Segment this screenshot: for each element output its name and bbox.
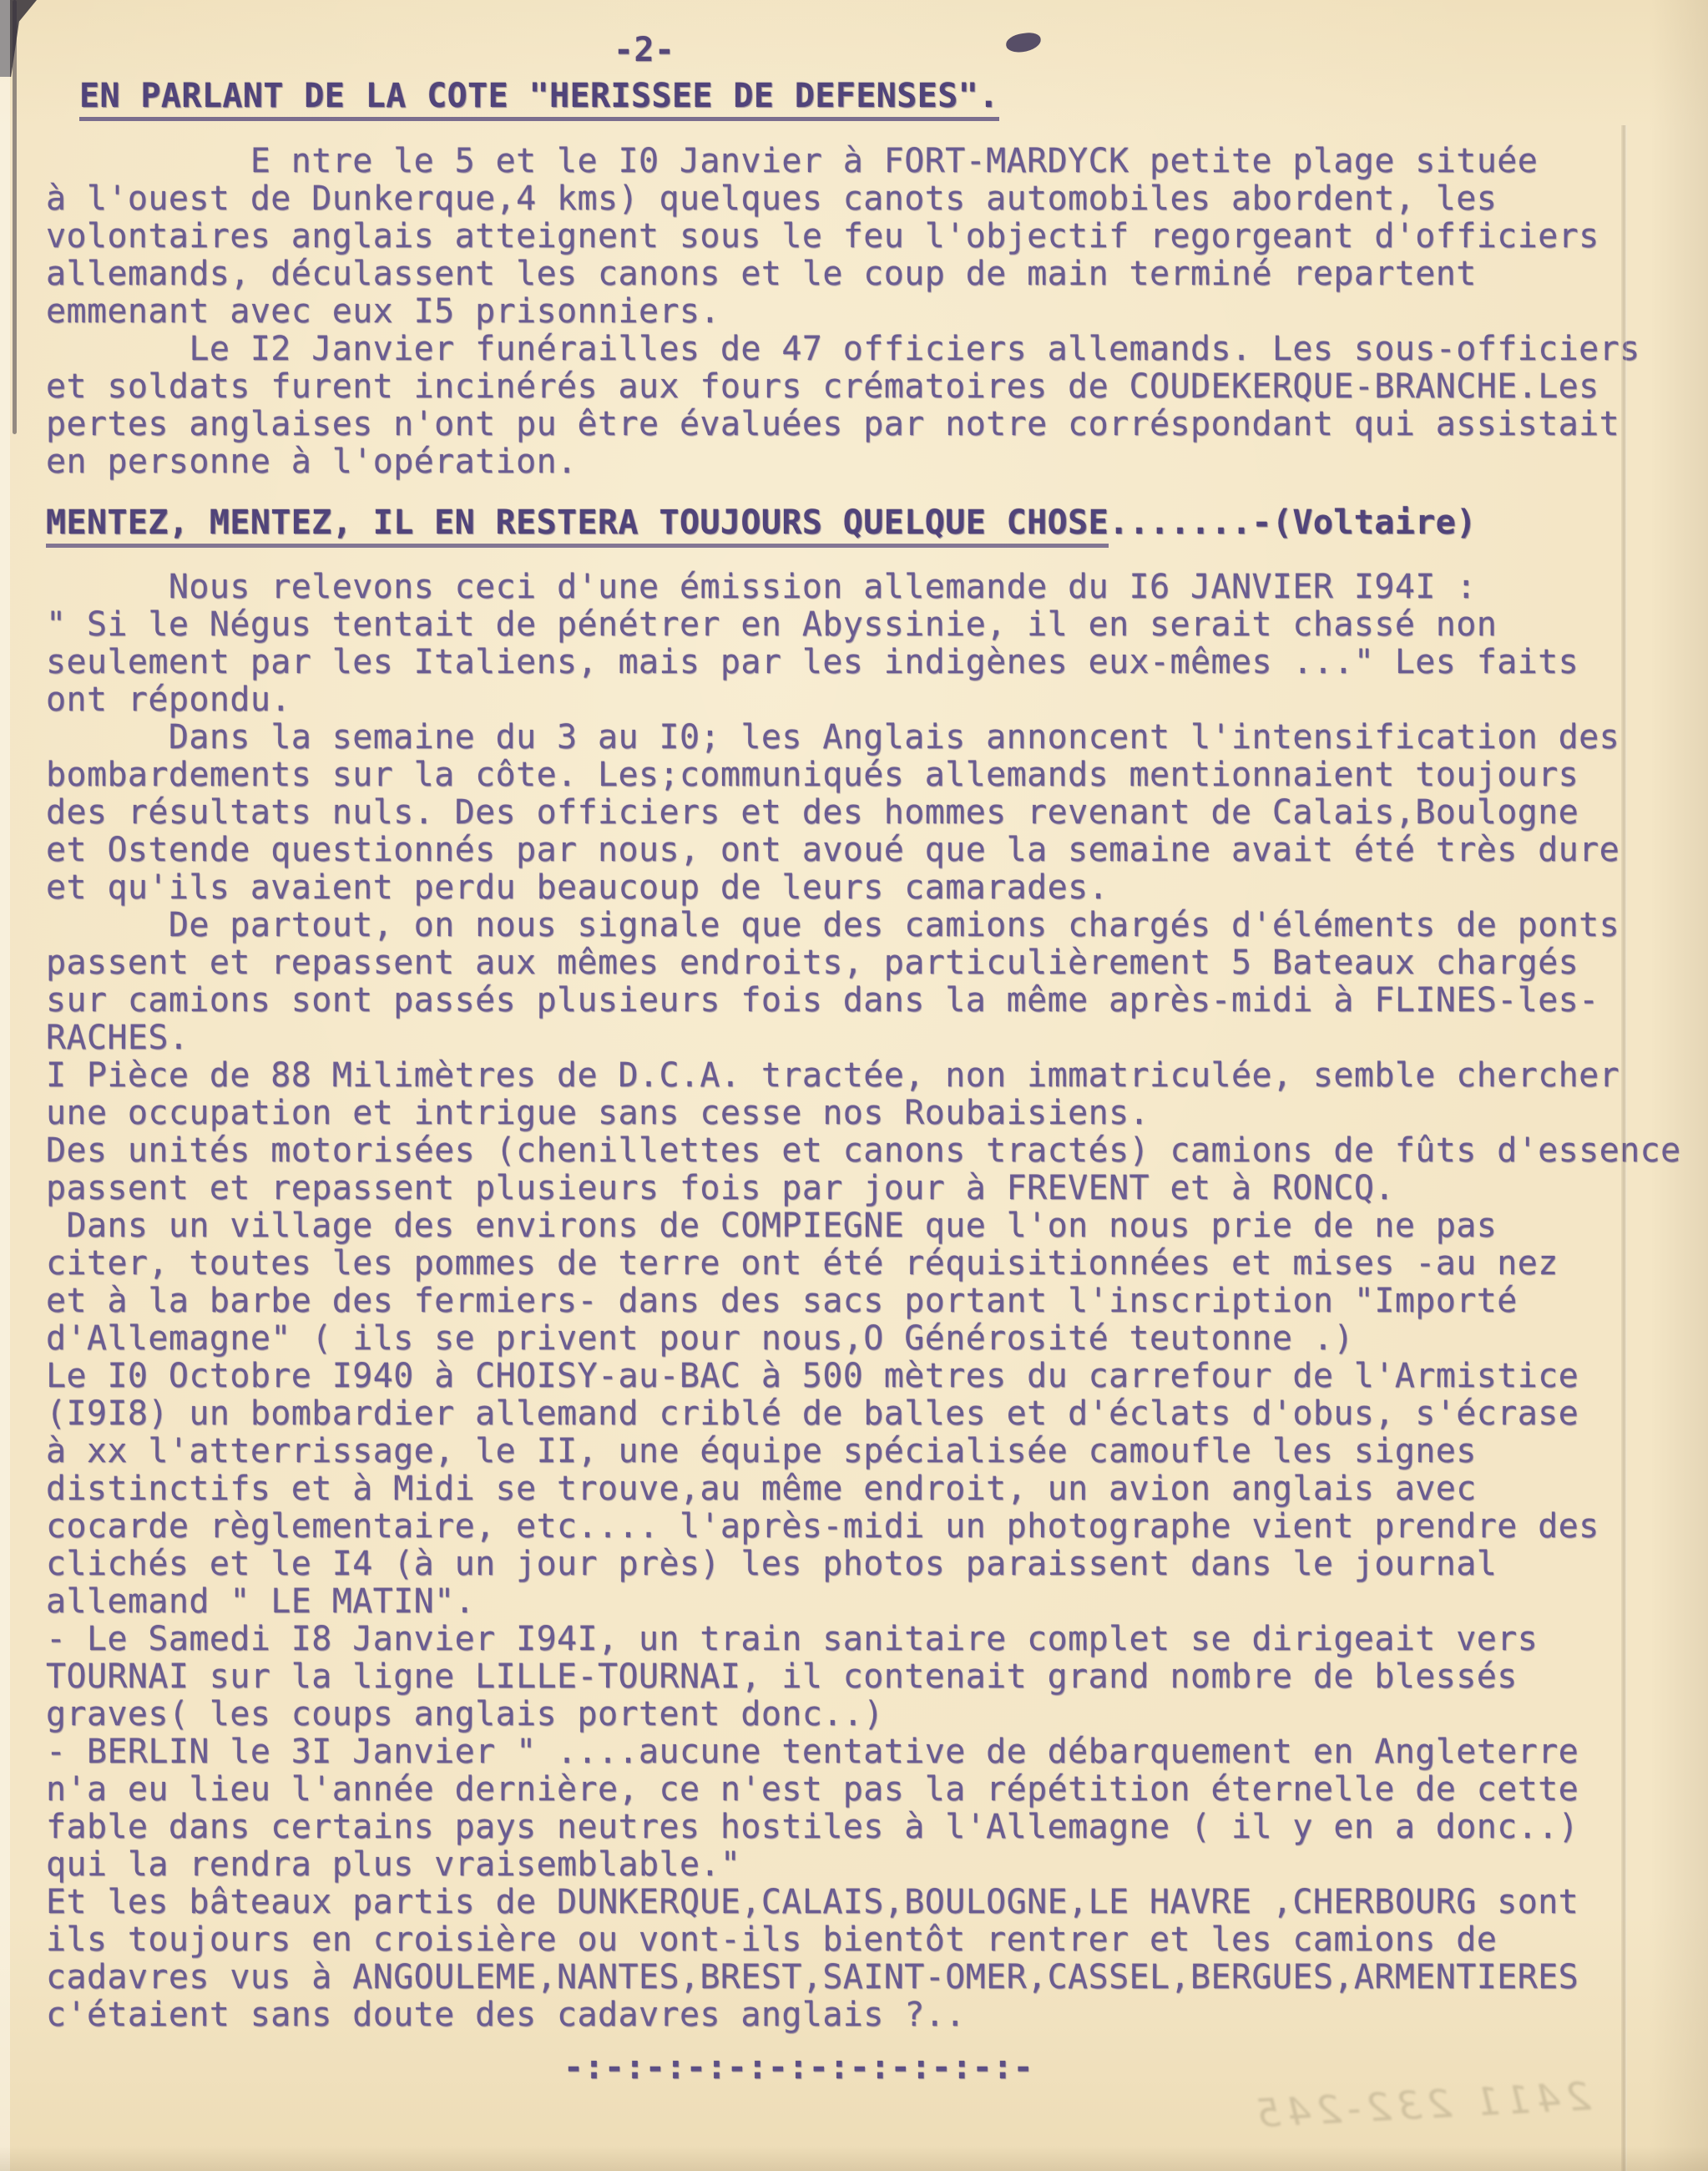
right-edge-shadow bbox=[1650, 0, 1708, 2171]
page-number: -2- bbox=[614, 32, 1708, 69]
paragraph-fort-mardyck-raid: E ntre le 5 et le I0 Janvier à FORT-MARD… bbox=[46, 143, 1708, 331]
scan-left-edge-line bbox=[13, 0, 17, 434]
paragraph-emission-allemande: Nous relevons ceci d'une émission allema… bbox=[46, 569, 1708, 719]
section-heading-cote-herissee: EN PARLANT DE LA COTE "HERISSEE DE DEFEN… bbox=[79, 78, 999, 121]
paper-crease bbox=[1621, 125, 1627, 2171]
paragraph-bombardements-cote: Dans la semaine du 3 au I0; les Anglais … bbox=[46, 719, 1708, 907]
document-page: -2- EN PARLANT DE LA COTE "HERISSEE DE D… bbox=[0, 0, 1708, 2171]
heading-mentez-attribution: .......-(Voltaire) bbox=[1109, 504, 1477, 542]
paragraph-observations-diverses: De partout, on nous signale que des cami… bbox=[46, 907, 1708, 2034]
paragraph-funerailles-officiers: Le I2 Janvier funérailles de 47 officier… bbox=[46, 331, 1708, 481]
scan-left-edge-strip bbox=[0, 0, 10, 2171]
heading-mentez-underlined-text: MENTEZ, MENTEZ, IL EN RESTERA TOUJOURS Q… bbox=[46, 504, 1109, 548]
section-heading-mentez: MENTEZ, MENTEZ, IL EN RESTERA TOUJOURS Q… bbox=[46, 504, 1708, 542]
bottom-edge-shadow bbox=[0, 2146, 1708, 2171]
